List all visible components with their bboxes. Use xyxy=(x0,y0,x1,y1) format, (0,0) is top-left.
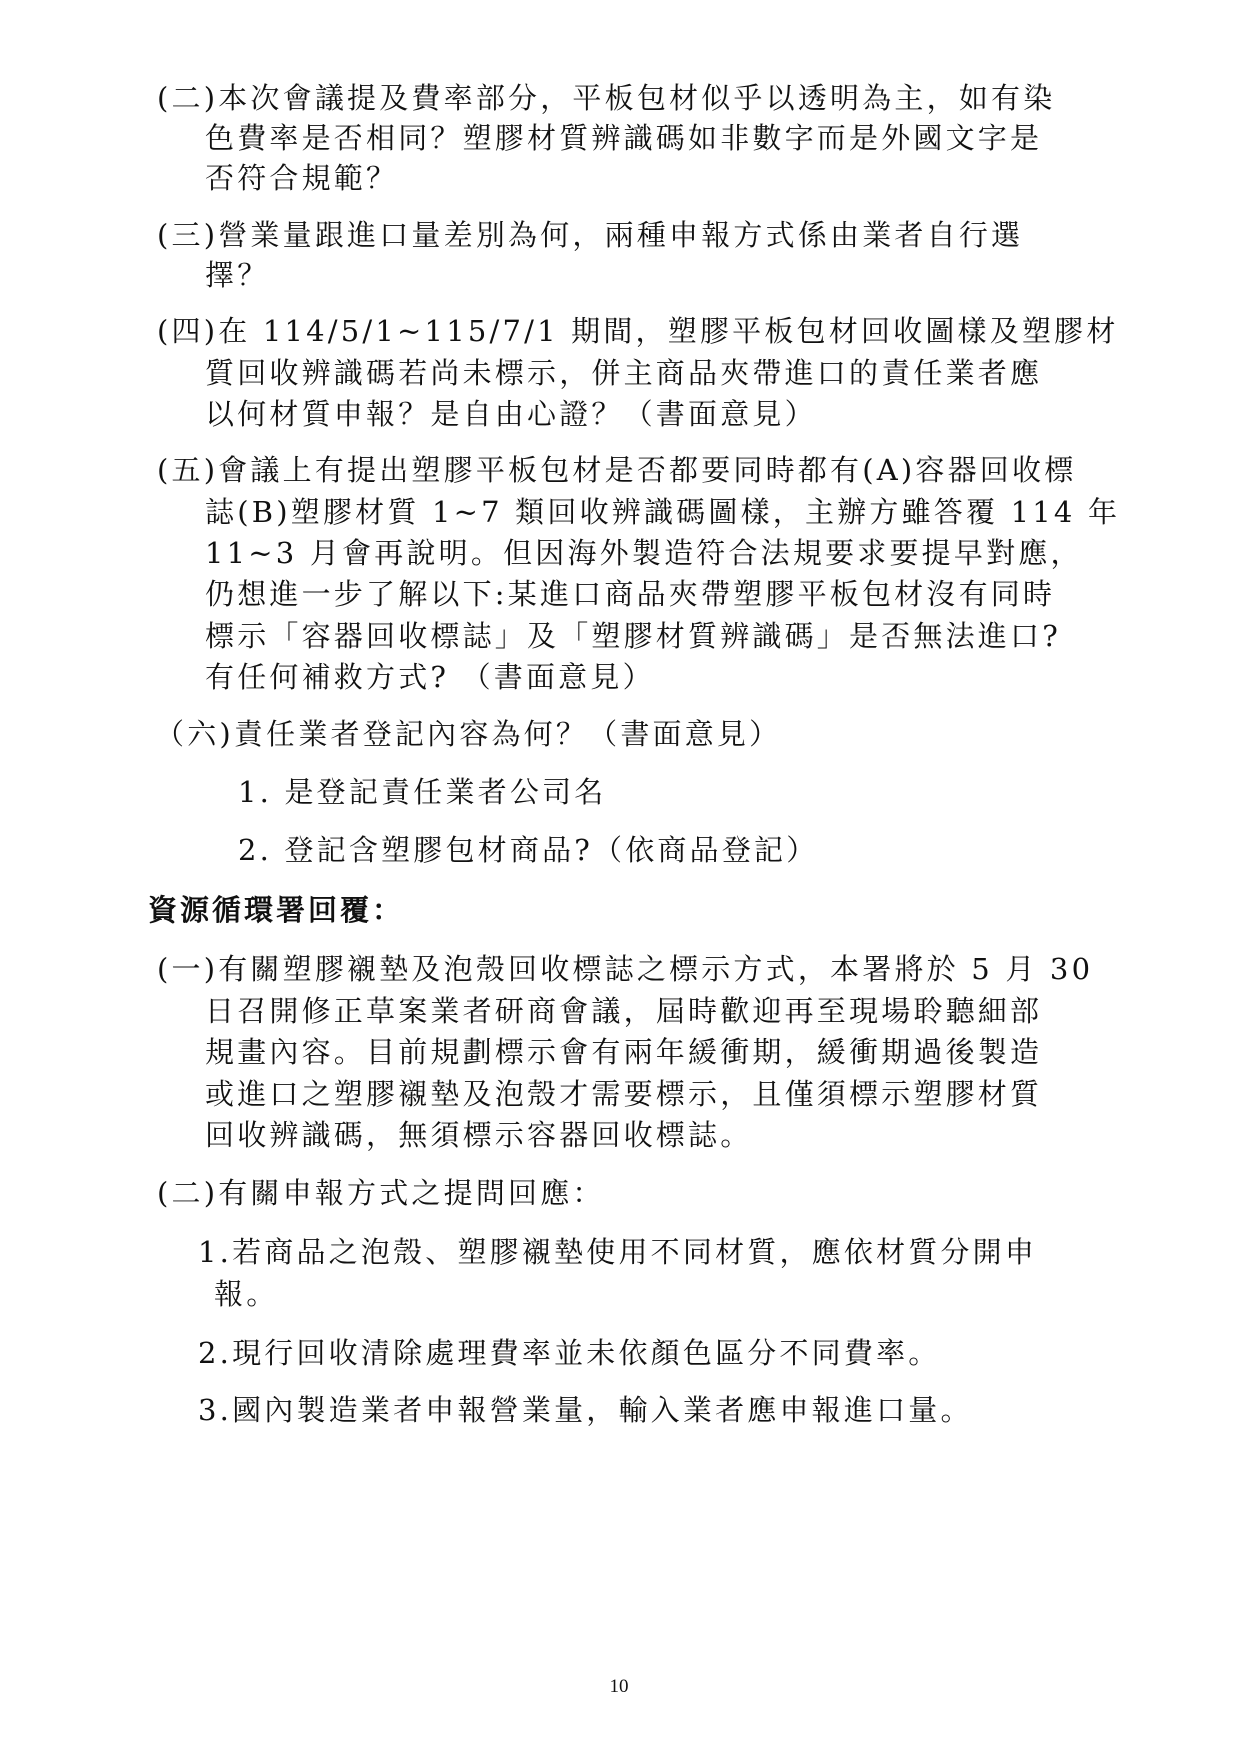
question-5-line-4: 仍想進一步了解以下:某進口商品夾帶塑膠平板包材沒有同時 xyxy=(205,576,1055,612)
question-2-line-3: 否符合規範？ xyxy=(205,160,398,196)
question-4-line-2: 質回收辨識碼若尚未標示，併主商品夾帶進口的責任業者應 xyxy=(205,355,1042,391)
reply-2-subitem-3: 3.國內製造業者申報營業量，輸入業者應申報進口量。 xyxy=(198,1392,973,1428)
question-5-line-2: 誌(B)塑膠材質 1~7 類回收辨識碼圖樣，主辦方雖答覆 114 年 xyxy=(205,494,1120,530)
question-5-line-5: 標示「容器回收標誌」及「塑膠材質辨識碼」是否無法進口? xyxy=(205,618,1061,654)
question-4-line-3: 以何材質申報？是自由心證？（書面意見） xyxy=(205,396,817,432)
document-page: (二)本次會議提及費率部分，平板包材似乎以透明為主，如有染 色費率是否相同？塑膠… xyxy=(0,0,1238,1750)
question-4-line-1: (四)在 114/5/1~115/7/1 期間，塑膠平板包材回收圖樣及塑膠材 xyxy=(157,313,1119,349)
reply-heading: 資源循環署回覆： xyxy=(148,892,404,928)
question-5-line-3: 11~3 月會再說明。但因海外製造符合法規要求要提早對應， xyxy=(205,535,1083,571)
question-6-subitem-1: 1. 是登記責任業者公司名 xyxy=(238,774,607,810)
reply-1-line-3: 規畫內容。目前規劃標示會有兩年緩衝期，緩衝期過後製造 xyxy=(205,1034,1042,1070)
reply-2-subitem-1-line-2: 報。 xyxy=(214,1276,278,1312)
reply-2-line-1: (二)有關申報方式之提問回應： xyxy=(157,1175,605,1211)
reply-1-line-1: (一)有關塑膠襯墊及泡殼回收標誌之標示方式，本署將於 5 月 30 xyxy=(157,951,1093,987)
reply-2-subitem-2: 2.現行回收清除處理費率並未依顏色區分不同費率。 xyxy=(198,1335,940,1371)
question-2-line-2: 色費率是否相同？塑膠材質辨識碼如非數字而是外國文字是 xyxy=(205,120,1042,156)
question-3-line-2: 擇？ xyxy=(205,257,269,293)
reply-1-line-4: 或進口之塑膠襯墊及泡殼才需要標示，且僅須標示塑膠材質 xyxy=(205,1076,1042,1112)
question-3-line-1: (三)營業量跟進口量差別為何，兩種申報方式係由業者自行選 xyxy=(157,217,1023,253)
question-5-line-6: 有任何補救方式? （書面意見） xyxy=(205,659,655,695)
question-5-line-1: (五)會議上有提出塑膠平板包材是否都要同時都有(A)容器回收標 xyxy=(157,452,1076,488)
reply-1-line-2: 日召開修正草案業者研商會議，屆時歡迎再至現場聆聽細部 xyxy=(205,993,1042,1029)
reply-1-line-5: 回收辨識碼，無須標示容器回收標誌。 xyxy=(205,1117,752,1153)
page-number: 10 xyxy=(0,1676,1238,1698)
question-6-subitem-2: 2. 登記含塑膠包材商品?（依商品登記） xyxy=(238,832,818,868)
question-6-line-1: （六)責任業者登記內容為何？（書面意見） xyxy=(155,716,781,752)
reply-2-subitem-1-line-1: 1.若商品之泡殼、塑膠襯墊使用不同材質，應依材質分開申 xyxy=(198,1234,1037,1270)
question-2-line-1: (二)本次會議提及費率部分，平板包材似乎以透明為主，如有染 xyxy=(157,80,1055,116)
